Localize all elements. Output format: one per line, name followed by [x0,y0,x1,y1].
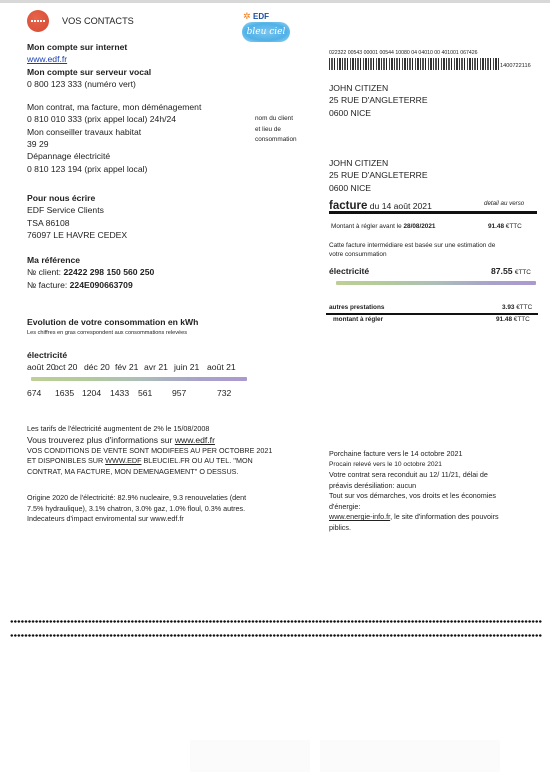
brand-tagline: bleu ciel [242,22,290,42]
electricity-amount: 87.55 €TTC [491,265,531,279]
contract-number: 0 810 010 333 (prix appel local) 24h/24 [27,113,201,125]
consumption-subtitle: Les chiffres en gras correspondent aux c… [27,329,187,337]
estimate-note: Catte facture intermédiare est basée sur… [329,241,495,260]
tariff-notice: Les tarifs de l'électricité augmentent d… [27,424,272,435]
conditions-line: VOS CONDITIONS DE VENTE SONT MODIFEES AU… [27,446,272,457]
barcode-number: 1400722116 [500,62,531,70]
write-line: 76097 LE HAVRE CEDEX [27,229,127,241]
total-amount: 91.48 €TTC [496,315,530,326]
electricity-origin: Origine 2020 de l'électricité: 82.9% nuc… [27,493,246,525]
invoice-number: 224E090663709 [70,280,133,290]
repair-label: Dépannage électricité [27,150,201,162]
consumption-period: fév 21 [115,361,138,373]
consumption-address: JOHN CITIZEN 25 RUE D'ANGLETERRE 0600 NI… [329,157,428,194]
edf-star-icon: ✲ [243,12,251,21]
brand-name: EDF [253,12,269,21]
conditions-line: CONTRAT, MA FACTURE, MON DEMENAGEMENT'' … [27,467,272,478]
contract-label: Mon contrat, ma facture, mon déménagemen… [27,101,201,113]
consumption-period: avr 21 [144,361,168,373]
top-border [0,0,550,3]
brand-logo: ✲ EDF bleu ciel [240,12,292,46]
due-amount: 91.48 €TTC [488,222,522,233]
invoice-rule [329,211,537,214]
consumption-period: août 20 [27,361,56,373]
consumption-value: 561 [138,387,152,399]
write-block: Pour nous écrire EDF Service Clients TSA… [27,192,127,241]
barcode-code-line: 022322 00543 00001 00544 10080 04 04010 … [329,49,478,57]
renewal-line: Votre contrat sera reconduit au 12/ 11/2… [329,470,499,481]
energie-info-link[interactable]: www.energie-info.fr [329,512,390,521]
repair-number: 0 810 123 194 (prix appel local) [27,163,201,175]
dotted-separator [10,634,542,637]
consumption-value: 1204 [82,387,101,399]
vocal-label: Mon compte sur serveur vocal [27,66,201,78]
next-reading: Procain relevé vers le 10 octobre 2021 [329,460,499,471]
edf-bleuciel-link[interactable]: WWW.EDF [105,456,141,465]
reference-block: Ma référence № client: 22422 298 150 560… [27,254,154,291]
advisor-number: 39 29 [27,138,201,150]
advisor-label: Mon conseiller travaux habitat [27,126,201,138]
scan-artifact [320,740,500,772]
barcode-image [329,58,499,70]
rights-line: Tout sur vos démarches, vos droits et le… [329,491,499,502]
due-date: 28/08/2021 [403,223,435,230]
notices-right: Porchaine facture vers le 14 octobre 202… [329,449,499,533]
internet-label: Mon compte sur internet [27,41,201,53]
next-invoice: Porchaine facture vers le 14 octobre 202… [329,449,499,460]
consumption-value: 1433 [110,387,129,399]
mailing-address: JOHN CITIZEN 25 RUE D'ANGLETERRE 0600 NI… [329,82,428,119]
consumption-period: juin 21 [174,361,199,373]
consumption-period: oct 20 [54,361,77,373]
invoice-number-label: № facture: [27,280,70,290]
more-info: Vous trouverez plus d'informations sur w… [27,435,272,446]
total-label: montant à régler [333,315,383,326]
other-services-amount: 3.93 €TTC [502,303,532,314]
consumption-title: Evolution de votre consommation en kWh [27,316,198,328]
consumption-periods: août 20oct 20déc 20fév 21avr 21juin 21ao… [27,361,253,373]
write-line: EDF Service Clients [27,204,127,216]
scan-artifact [190,740,310,772]
due-line: Montant à régler avant le 28/08/2021 [331,222,435,233]
client-number: 22422 298 150 560 250 [63,267,154,277]
consumption-values: 674163512041433561957732 [27,387,253,399]
consumption-energy-label: électricité [27,349,67,361]
consumption-period: déc 20 [84,361,110,373]
detail-note: detail au verso [484,199,524,210]
other-services-label: autres prestations [329,303,384,314]
info-line: www.energie-info.fr, le site d'informati… [329,512,499,523]
info-line: piblics. [329,523,499,534]
contacts-title: VOS CONTACTS [62,15,134,27]
dotted-separator [10,620,542,623]
consumption-period: août 21 [207,361,236,373]
client-note: nom du client et lieu de consommation [255,114,297,146]
consumption-value: 957 [172,387,186,399]
reference-title: Ma référence [27,254,154,266]
contacts-block: Mon compte sur internet www.edf.fr Mon c… [27,41,201,175]
rights-line: d'énergie: [329,502,499,513]
renewal-line: préavis derésiliation: aucun [329,481,499,492]
notices-left: Les tarifs de l'électricité augmentent d… [27,424,272,477]
consumption-gradient-bar [31,377,247,381]
electricity-gradient-bar [336,281,536,285]
edf-website-link[interactable]: www.edf.fr [27,54,67,64]
edf-globe-icon [27,10,49,32]
consumption-value: 1635 [55,387,74,399]
client-number-label: № client: [27,267,63,277]
consumption-value: 674 [27,387,41,399]
electricity-label: électricité [329,265,369,277]
write-title: Pour nous écrire [27,192,127,204]
write-line: TSA 86108 [27,217,127,229]
conditions-line: ET DISPONIBLES SUR WWW.EDF BLEUCIEL.FR O… [27,456,272,467]
edf-info-link[interactable]: www.edf.fr [175,435,215,445]
vocal-number: 0 800 123 333 (numéro vert) [27,78,201,90]
consumption-value: 732 [217,387,231,399]
